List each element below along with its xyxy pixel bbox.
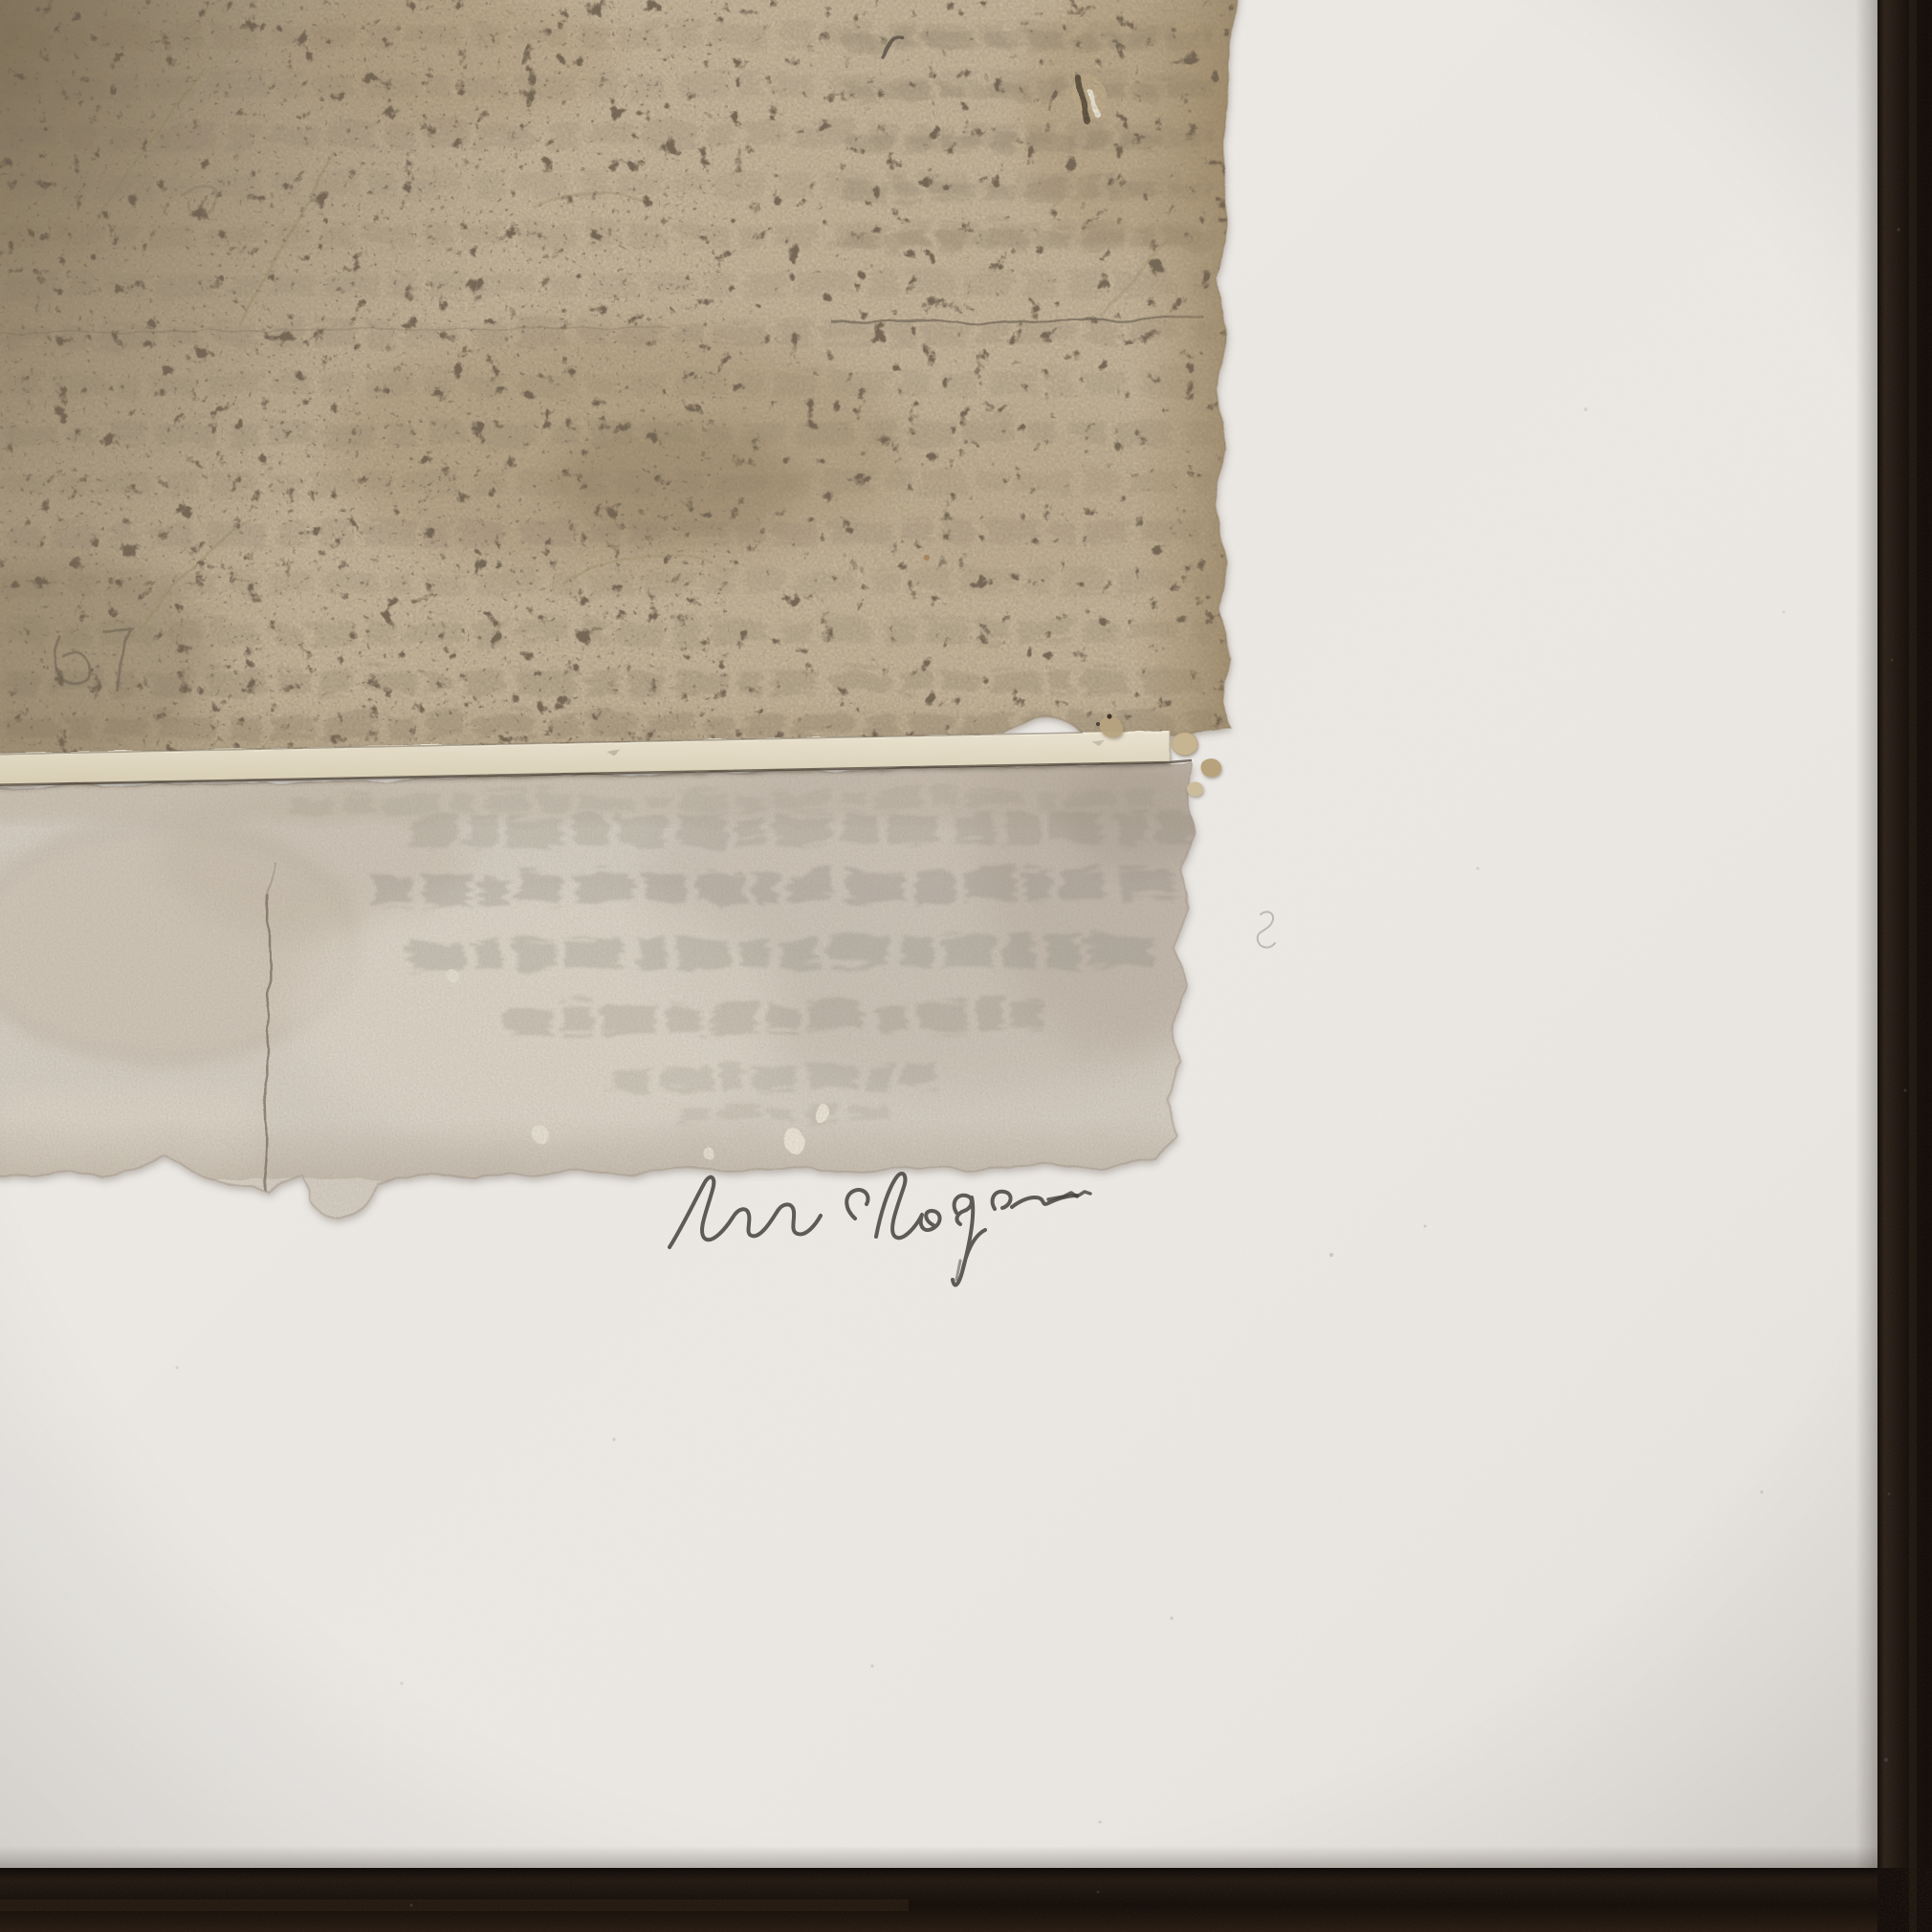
artwork-photograph: [0, 0, 1932, 1932]
frame-seam-shadow-bottom: [0, 1846, 1877, 1868]
framed-artwork-photo: [0, 0, 1932, 1932]
frame-seam-shadow-right: [1855, 0, 1877, 1868]
photo-vignette: [0, 0, 1932, 1932]
